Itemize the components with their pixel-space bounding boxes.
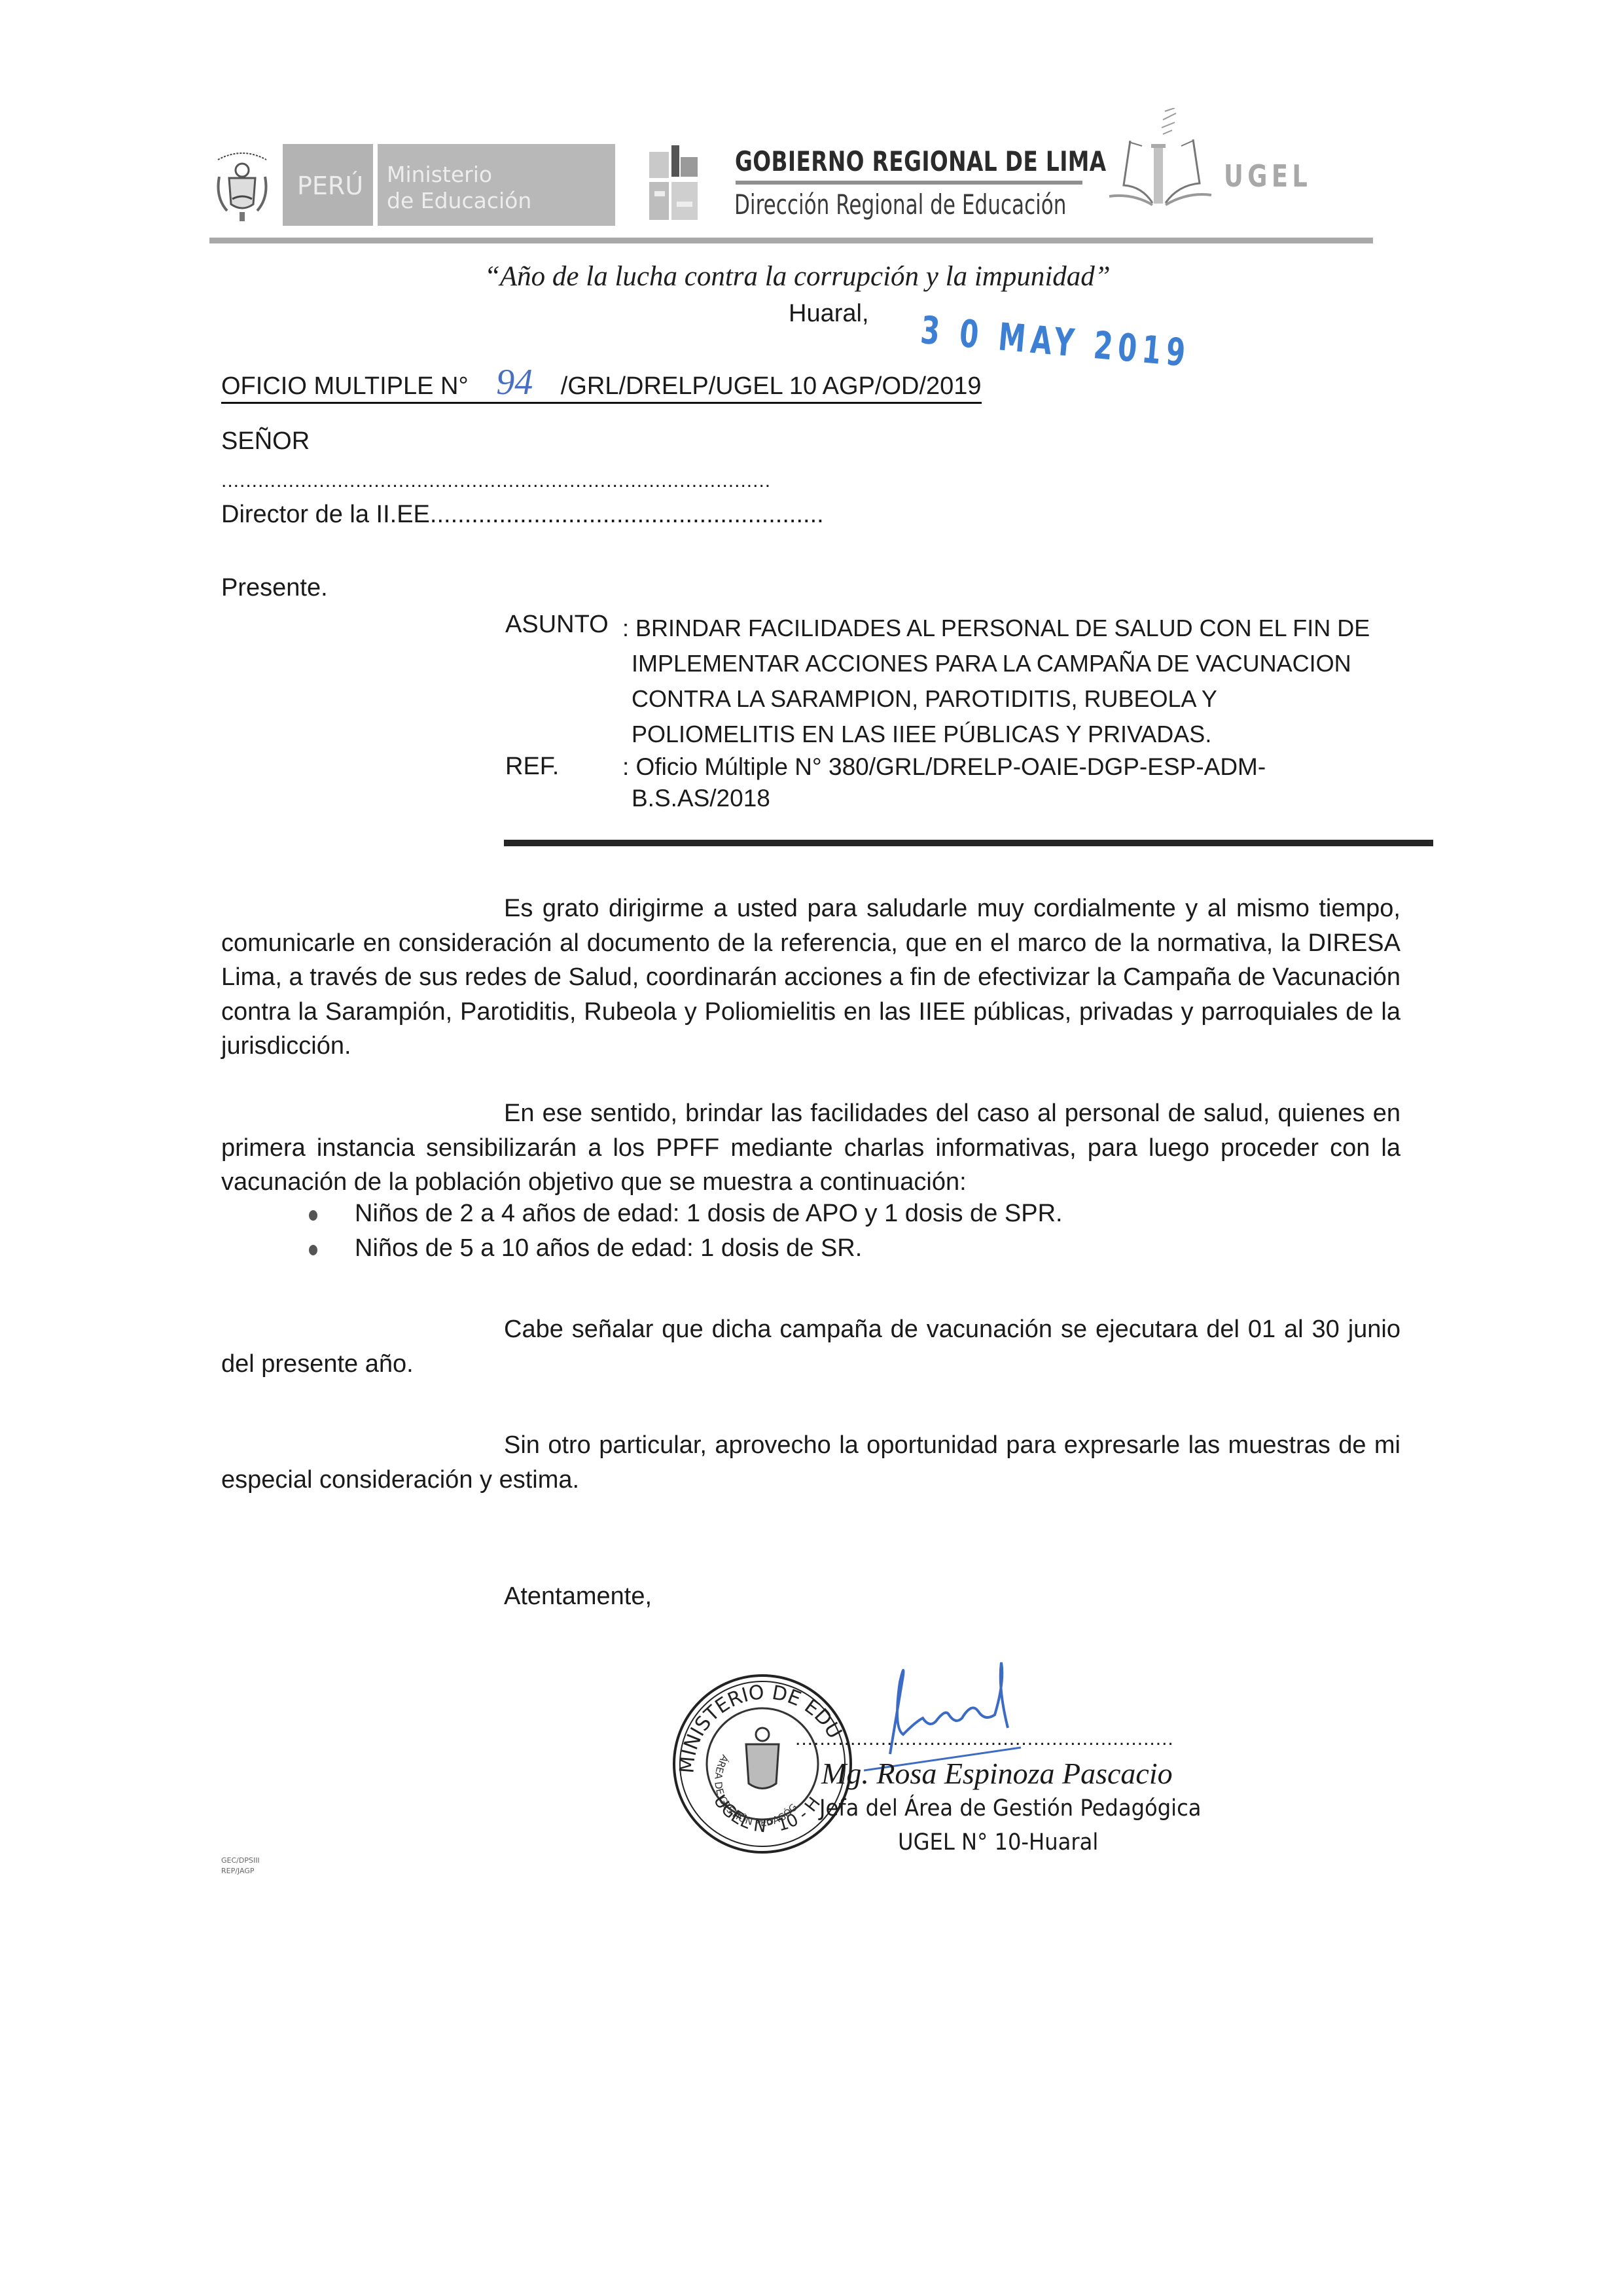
asunto-line: : BRINDAR FACILIDADES AL PERSONAL DE SAL… (622, 611, 1417, 646)
body-paragraph-3: Cabe señalar que dicha campaña de vacuna… (221, 1312, 1400, 1381)
target-population-list: Niños de 2 a 4 años de edad: 1 dosis de … (301, 1196, 1063, 1266)
recipient-name-blank: ........................................… (221, 470, 823, 492)
letterhead-divider (736, 181, 1082, 185)
ugel-book-torch-icon (1103, 108, 1214, 229)
body-paragraph-2: En ese sentido, brindar las facilidades … (221, 1096, 1400, 1200)
reference-initials: GEC/DPSIII REP/JAGP (221, 1856, 260, 1876)
signer-unit: UGEL N° 10-Huaral (898, 1829, 1098, 1856)
asunto-line: POLIOMELITIS EN LAS IIEE PÚBLICAS Y PRIV… (632, 717, 1417, 752)
header-rule (209, 238, 1373, 243)
bullet-icon (309, 1245, 317, 1255)
asunto-text: : BRINDAR FACILIDADES AL PERSONAL DE SAL… (632, 611, 1417, 752)
ministry-line2: de Educación (387, 190, 531, 211)
ref-line: B.S.AS/2018 (632, 783, 1391, 814)
document-prefix: OFICIO MULTIPLE N° (221, 372, 469, 400)
asunto-line: IMPLEMENTAR ACCIONES PARA LA CAMPAÑA DE … (632, 646, 1417, 681)
regional-directorate-title: Dirección Regional de Educación (734, 188, 1067, 221)
handwritten-number: 94 (475, 370, 554, 395)
recipient-title: Director de la II.EE....................… (221, 501, 824, 529)
salutation: SEÑOR (221, 427, 310, 456)
ref-text: : Oficio Múltiple N° 380/GRL/DRELP-OAIE-… (632, 751, 1391, 814)
ministry-brand-box: Ministerio de Educación (378, 144, 615, 226)
bullet-icon (309, 1210, 317, 1221)
country-label: PERÚ (297, 171, 363, 200)
ministry-line1: Ministerio (387, 164, 492, 185)
closing: Atentamente, (504, 1583, 652, 1611)
signer-name: Mg. Rosa Espinoza Pascacio (821, 1756, 1173, 1791)
subject-divider (504, 840, 1433, 846)
coat-of-arms-icon (213, 145, 272, 224)
ref-label: REF. (505, 753, 559, 781)
signer-role: Jefa del Área de Gestión Pedagógica (819, 1795, 1202, 1821)
body-paragraph-4: Sin otro particular, aprovecho la oportu… (221, 1428, 1400, 1497)
regional-government-title: GOBIERNO REGIONAL DE LIMA (735, 145, 1107, 177)
list-item: Niños de 2 a 4 años de edad: 1 dosis de … (301, 1196, 1063, 1231)
signature-line: ........................................… (795, 1728, 1253, 1750)
date-stamp: 3 0 MAY 2019 (919, 308, 1192, 376)
ref-line: : Oficio Múltiple N° 380/GRL/DRELP-OAIE-… (622, 751, 1391, 783)
document-suffix: /GRL/DRELP/UGEL 10 AGP/OD/2019 (561, 372, 982, 400)
body-paragraph-1: Es grato dirigirme a usted para saludarl… (221, 891, 1400, 1064)
asunto-line: CONTRA LA SARAMPION, PAROTIDITIS, RUBEOL… (632, 681, 1417, 717)
year-motto: “Año de la lucha contra la corrupción y … (484, 260, 1111, 293)
ugel-wordmark: UGEL (1224, 158, 1311, 194)
asunto-label: ASUNTO (505, 611, 609, 639)
peru-brand-box: PERÚ (283, 144, 373, 226)
document-number: OFICIO MULTIPLE N° 94 /GRL/DRELP/UGEL 10… (221, 370, 982, 404)
place-label: Huaral, (789, 300, 869, 328)
list-item: Niños de 5 a 10 años de edad: 1 dosis de… (301, 1231, 1063, 1266)
presente-label: Presente. (221, 574, 328, 602)
regional-government-logo-icon (647, 145, 700, 223)
